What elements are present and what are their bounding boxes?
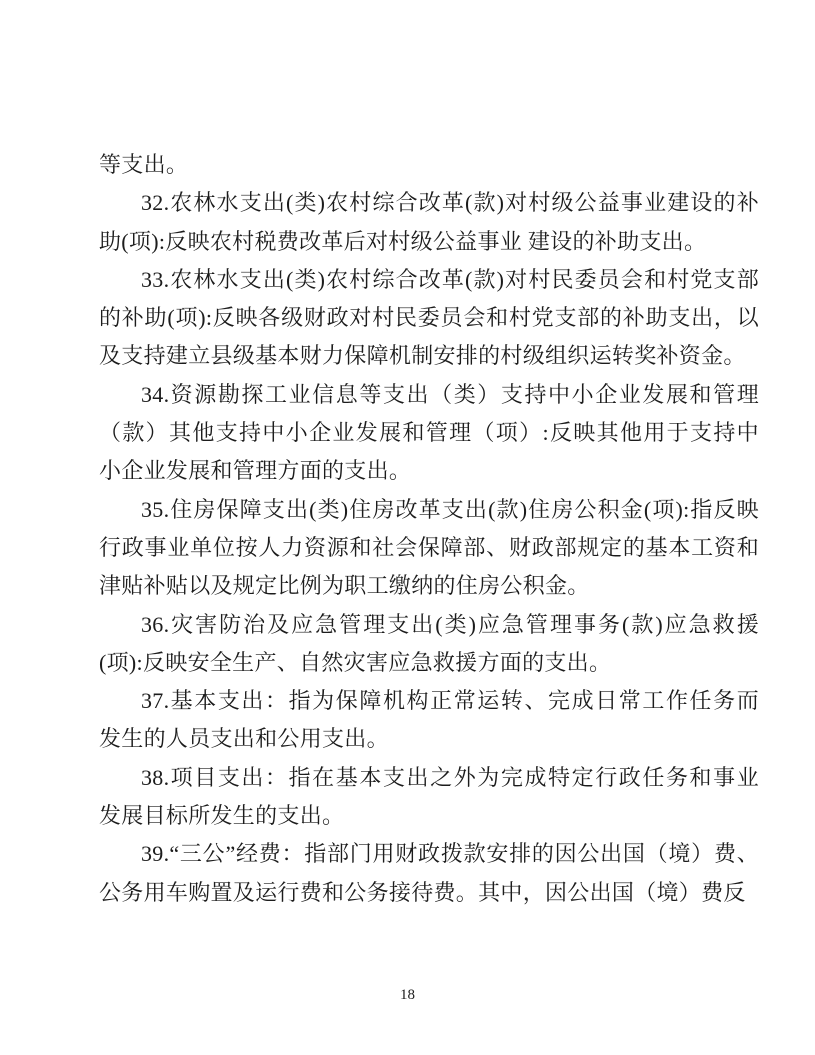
text-line: (项):反映安全生产、自然灾害应急救援方面的支出。	[99, 644, 759, 682]
text-line: 37.基本支出：指为保障机构正常运转、完成日常工作任务而	[99, 682, 759, 720]
text-line: 的补助(项):反映各级财政对村民委员会和村党支部的补助支出，以	[99, 299, 759, 337]
paragraph: 33.农林水支出(类)农村综合改革(款)对村民委员会和村党支部的补助(项):反映…	[99, 261, 759, 376]
document-body: 等支出。32.农林水支出(类)农村综合改革(款)对村级公益事业建设的补助(项):…	[99, 146, 759, 912]
text-line: 32.农林水支出(类)农村综合改革(款)对村级公益事业建设的补	[99, 184, 759, 222]
text-line: 及支持建立县级基本财力保障机制安排的村级组织运转奖补资金。	[99, 337, 759, 375]
text-line: 助(项):反映农村税费改革后对村级公益事业 建设的补助支出。	[99, 223, 759, 261]
paragraph: 37.基本支出：指为保障机构正常运转、完成日常工作任务而发生的人员支出和公用支出…	[99, 682, 759, 759]
text-line: 38.项目支出：指在基本支出之外为完成特定行政任务和事业	[99, 759, 759, 797]
text-line: 等支出。	[99, 146, 759, 184]
paragraph: 39.“三公”经费：指部门用财政拨款安排的因公出国（境）费、公务用车购置及运行费…	[99, 835, 759, 912]
text-line: 35.住房保障支出(类)住房改革支出(款)住房公积金(项):指反映	[99, 491, 759, 529]
text-line: 发生的人员支出和公用支出。	[99, 720, 759, 758]
paragraph: 等支出。	[99, 146, 759, 184]
text-line: 小企业发展和管理方面的支出。	[99, 452, 759, 490]
document-page: 等支出。32.农林水支出(类)农村综合改革(款)对村级公益事业建设的补助(项):…	[0, 0, 815, 1055]
paragraph: 38.项目支出：指在基本支出之外为完成特定行政任务和事业发展目标所发生的支出。	[99, 759, 759, 836]
text-line: 39.“三公”经费：指部门用财政拨款安排的因公出国（境）费、	[99, 835, 759, 873]
page-number: 18	[0, 986, 815, 1004]
paragraph: 36.灾害防治及应急管理支出(类)应急管理事务(款)应急救援(项):反映安全生产…	[99, 606, 759, 683]
text-line: 津贴补贴以及规定比例为职工缴纳的住房公积金。	[99, 567, 759, 605]
text-line: 发展目标所发生的支出。	[99, 797, 759, 835]
text-line: 行政事业单位按人力资源和社会保障部、财政部规定的基本工资和	[99, 529, 759, 567]
text-line: 34.资源勘探工业信息等支出（类）支持中小企业发展和管理	[99, 376, 759, 414]
paragraph: 34.资源勘探工业信息等支出（类）支持中小企业发展和管理（款）其他支持中小企业发…	[99, 376, 759, 491]
text-line: 33.农林水支出(类)农村综合改革(款)对村民委员会和村党支部	[99, 261, 759, 299]
text-line: （款）其他支持中小企业发展和管理（项）:反映其他用于支持中	[99, 414, 759, 452]
paragraph: 32.农林水支出(类)农村综合改革(款)对村级公益事业建设的补助(项):反映农村…	[99, 184, 759, 261]
paragraph: 35.住房保障支出(类)住房改革支出(款)住房公积金(项):指反映行政事业单位按…	[99, 491, 759, 606]
text-line: 公务用车购置及运行费和公务接待费。其中，因公出国（境）费反	[99, 874, 759, 912]
text-line: 36.灾害防治及应急管理支出(类)应急管理事务(款)应急救援	[99, 606, 759, 644]
